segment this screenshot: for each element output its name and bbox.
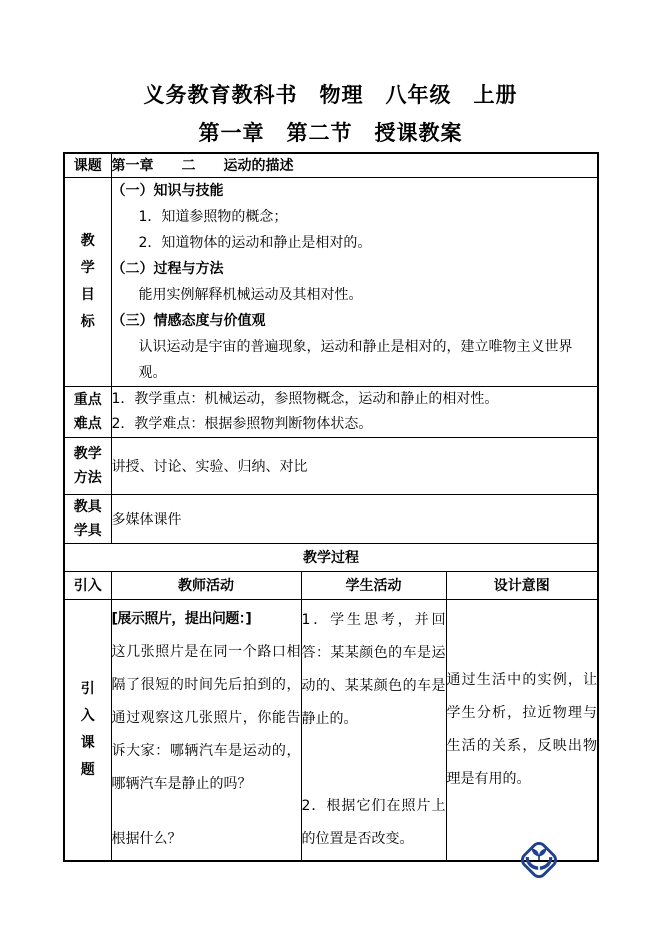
method-value: 讲授、讨论、实验、归纳、对比 (111, 437, 598, 494)
design-intent-cell: 通过生活中的实例，让学生分析，拉近物理与生活的关系，反映出物理是有用的。 (446, 599, 598, 861)
goals-label: 教 学 目 标 (64, 177, 111, 386)
goal-section-heading: （三）情感态度与价值观 (112, 308, 598, 334)
hands-holding-sprout-logo-svg (515, 836, 563, 884)
goals-label-char: 标 (81, 309, 95, 336)
col-header-teacher-activity: 教师活动 (111, 571, 301, 599)
goal-item: 2．知道物体的运动和静止是相对的。 (112, 230, 598, 256)
table-row-goals: 教 学 目 标 （一）知识与技能 1．知道参照物的概念； 2．知道物体的运动和静… (64, 177, 598, 386)
table-row-intro-topic: 引 入 课 题 [展示照片，提出问题：] 这几张照片是在同一个路口相隔了很短的时… (64, 599, 598, 861)
table-row-column-headers: 引入 教师活动 学生活动 设计意图 (64, 571, 598, 599)
doc-title-line2: 第一章 第二节 授课教案 (0, 118, 661, 148)
hands-holding-sprout-logo (515, 836, 563, 884)
intro-label-char: 题 (81, 757, 95, 784)
topic-value: 第一章 二 运动的描述 (111, 153, 598, 177)
table-row-key-points: 重点 难点 1．教学重点：机械运动，参照物概念，运动和静止的相对性。 2．教学难… (64, 386, 598, 437)
tools-value: 多媒体课件 (111, 494, 598, 543)
col-header-design-intent: 设计意图 (446, 571, 598, 599)
student-activity-item: 2．根据它们在照片上的位置是否改变。 (302, 790, 446, 856)
teacher-activity-body: 这几张照片是在同一个路口相隔了很短的时间先后拍到的，通过观察这几张照片，你能告诉… (112, 636, 301, 801)
goal-item: 能用实例解释机械运动及其相对性。 (112, 282, 598, 308)
col-header-student-activity: 学生活动 (301, 571, 446, 599)
key-points-content: 1．教学重点：机械运动，参照物概念，运动和静止的相对性。 2．教学难点：根据参照… (111, 386, 598, 437)
key-points-label: 重点 难点 (64, 386, 111, 437)
tools-label-line: 教具 (65, 495, 111, 519)
goals-label-char: 目 (81, 282, 95, 309)
lesson-plan-table: 课题 第一章 二 运动的描述 教 学 目 标 （一）知识与技能 1．知道参照物的… (63, 152, 599, 862)
intro-topic-label: 引 入 课 题 (64, 599, 111, 861)
key-points-label-line: 重点 (65, 388, 111, 412)
goals-content: （一）知识与技能 1．知道参照物的概念； 2．知道物体的运动和静止是相对的。 （… (111, 177, 598, 386)
tools-label-line: 学具 (65, 519, 111, 543)
goals-label-char: 学 (81, 255, 95, 282)
goal-section-heading: （二）过程与方法 (112, 256, 598, 282)
teacher-activity-heading: [展示照片，提出问题：] (112, 603, 301, 636)
table-row-topic: 课题 第一章 二 运动的描述 (64, 153, 598, 177)
key-point-item: 1．教学重点：机械运动，参照物概念，运动和静止的相对性。 (112, 387, 598, 412)
intro-label-char: 引 (81, 676, 95, 703)
goal-item: 认识运动是宇宙的普遍现象，运动和静止是相对的，建立唯物主义世界观。 (112, 334, 598, 386)
intro-label-char: 入 (81, 703, 95, 730)
intro-label-char: 课 (81, 730, 95, 757)
tools-label: 教具 学具 (64, 494, 111, 543)
goals-label-char: 教 (81, 228, 95, 255)
method-label-line: 方法 (65, 466, 111, 490)
table-row-tools: 教具 学具 多媒体课件 (64, 494, 598, 543)
table-row-process-title: 教学过程 (64, 543, 598, 571)
teacher-activity-cell: [展示照片，提出问题：] 这几张照片是在同一个路口相隔了很短的时间先后拍到的，通… (111, 599, 301, 861)
goal-section-heading: （一）知识与技能 (112, 178, 598, 204)
topic-label: 课题 (64, 153, 111, 177)
intro-label-vertical: 引 入 课 题 (65, 676, 111, 784)
goal-item: 1．知道参照物的概念； (112, 204, 598, 230)
table-row-method: 教学 方法 讲授、讨论、实验、归纳、对比 (64, 437, 598, 494)
doc-title-line1: 义务教育教科书 物理 八年级 上册 (0, 80, 661, 110)
student-activity-item: 1．学生思考，并回答：某某颜色的车是运动的、某某颜色的车是静止的。 (302, 604, 446, 736)
student-activity-cell: 1．学生思考，并回答：某某颜色的车是运动的、某某颜色的车是静止的。 2．根据它们… (301, 599, 446, 861)
col-header-intro: 引入 (64, 571, 111, 599)
goals-label-vertical: 教 学 目 标 (65, 228, 111, 336)
method-label-line: 教学 (65, 442, 111, 466)
document-page: 义务教育教科书 物理 八年级 上册 第一章 第二节 授课教案 课题 第一章 二 … (0, 0, 661, 935)
document-titles: 义务教育教科书 物理 八年级 上册 第一章 第二节 授课教案 (0, 80, 661, 148)
method-label: 教学 方法 (64, 437, 111, 494)
key-point-item: 2．教学难点：根据参照物判断物体状态。 (112, 412, 598, 437)
key-points-label-line: 难点 (65, 412, 111, 436)
process-title: 教学过程 (64, 543, 598, 571)
teacher-activity-question: 根据什么？ (112, 823, 301, 856)
